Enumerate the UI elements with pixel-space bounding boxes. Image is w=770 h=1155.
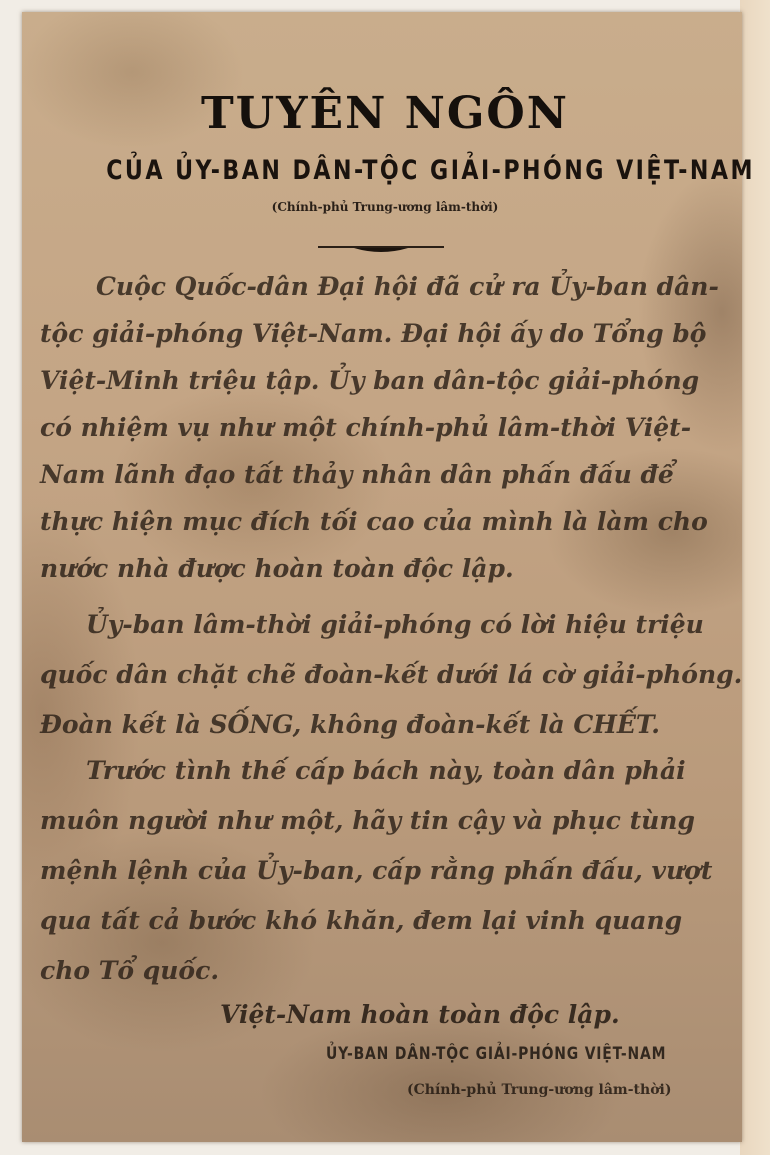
proclamation-document: TUYÊN NGÔN CỦA ỦY-BAN DÂN-TỘC GIẢI-PHÓNG… [0,0,770,1155]
text-line: cho Tổ quốc. [40,956,219,985]
text-line: Nam lãnh đạo tất thảy nhân dân phấn đấu … [40,460,674,489]
text-line: Đoàn kết là SỐNG, không đoàn-kết là CHẾT… [40,710,660,739]
text-line: nước nhà được hoàn toàn độc lập. [40,554,514,583]
signature: ỦY-BAN DÂN-TỘC GIẢI-PHÓNG VIỆT-NAM [326,1044,666,1064]
text-line: tộc giải-phóng Việt-Nam. Đại hội ấy do T… [40,319,706,348]
text-line: Cuộc Quốc-dân Đại hội đã cử ra Ủy-ban dâ… [96,272,719,301]
divider-ornament-icon [318,244,444,254]
text-line: mệnh lệnh của Ủy-ban, cấp rằng phấn đấu,… [40,856,712,885]
text-line: Ủy-ban lâm-thời giải-phóng có lời hiệu t… [86,610,704,639]
text-line: qua tất cả bước khó khăn, đem lại vinh q… [40,906,682,935]
text-line: Việt-Minh triệu tập. Ủy ban dân-tộc giải… [40,366,699,395]
text-line: Trước tình thế cấp bách này, toàn dân ph… [86,756,686,785]
closing-slogan: Việt-Nam hoàn toàn độc lập. [220,1000,620,1029]
text-line: có nhiệm vụ như một chính-phủ lâm-thời V… [40,413,691,442]
text-line: muôn người như một, hãy tin cậy và phục … [40,806,695,835]
document-subtitle: CỦA ỦY-BAN DÂN-TỘC GIẢI-PHÓNG VIỆT-NAM [106,155,664,186]
document-title: TUYÊN NGÔN [0,88,770,139]
document-subnote: (Chính-phủ Trung-ương lâm-thời) [0,200,770,214]
text-line: thực hiện mục đích tối cao của mình là l… [40,507,708,536]
signature-note: (Chính-phủ Trung-ương lâm-thời) [407,1082,671,1098]
text-line: quốc dân chặt chẽ đoàn-kết dưới lá cờ gi… [40,660,742,689]
